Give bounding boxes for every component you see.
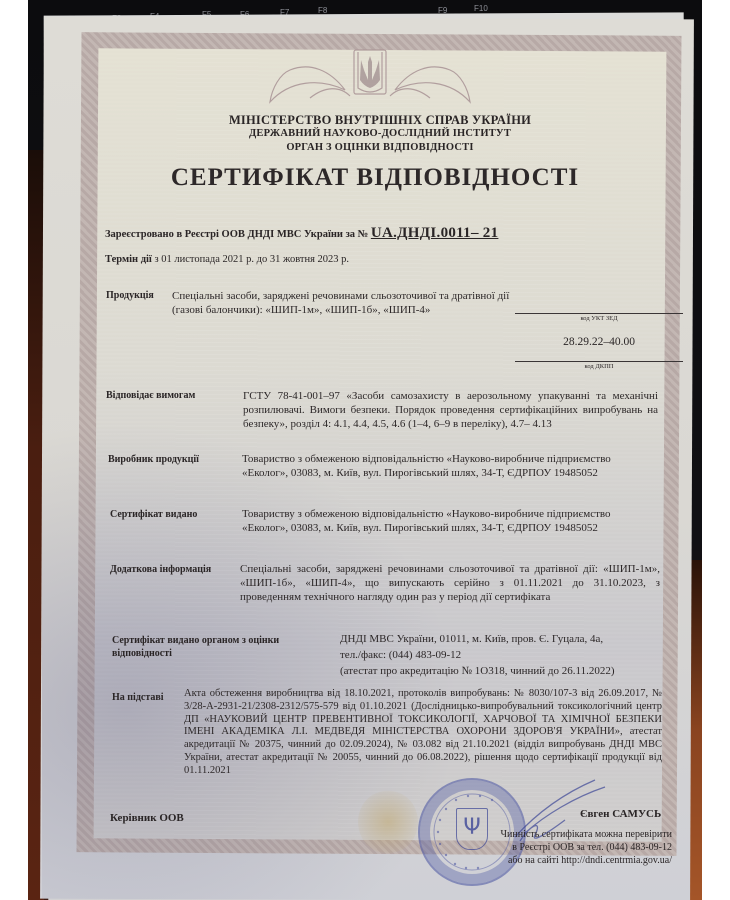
- issued-to-value: Товариству з обмеженою відповідальністю …: [242, 507, 632, 535]
- manufacturer-value: Товариство з обмеженою відповідальністю …: [242, 452, 632, 480]
- validity-label: Термін дії: [105, 254, 152, 265]
- basis-label: На підставі: [112, 692, 164, 703]
- ukt-zed-caption: код УКТ ЗЕД: [515, 315, 683, 322]
- requirements-value: ГСТУ 78-41-001–97 «Засоби самозахисту в …: [243, 389, 658, 431]
- verification-line: Чинність сертифіката можна перевірити: [440, 828, 672, 841]
- verification-site-prefix: або на сайті: [508, 855, 561, 866]
- issued-to-label: Сертифікат видано: [110, 509, 197, 520]
- basis-value: Акта обстеження виробництва від 18.10.20…: [184, 688, 662, 778]
- verification-line: в Реєстрі ООВ за тел. (044) 483-09-12: [440, 841, 672, 854]
- issuing-body-phone: тел./факс: (044) 483-09-12: [340, 647, 680, 663]
- conformity-body-heading: ОРГАН З ОЦІНКИ ВІДПОВІДНОСТІ: [150, 142, 610, 153]
- head-of-body-label: Керівник ООВ: [110, 812, 184, 824]
- dkpp-code-value: 28.29.22–40.00: [515, 336, 683, 348]
- product-label: Продукція: [106, 290, 154, 301]
- dkpp-caption: код ДКПП: [515, 363, 683, 370]
- registration-label: Зареєстровано в Реєстрі ООВ ДНДІ МВС Укр…: [105, 229, 368, 240]
- certificate-title: СЕРТИФІКАТ ВІДПОВІДНОСТІ: [140, 164, 610, 192]
- issuing-body-accreditation: (атестат про акредитацію № 1О318, чинний…: [340, 663, 680, 679]
- ukt-zed-line: [515, 313, 683, 314]
- registration-line: Зареєстровано в Реєстрі ООВ ДНДІ МВС Укр…: [105, 225, 498, 242]
- ministry-heading: МІНІСТЕРСТВО ВНУТРІШНІХ СПРАВ УКРАЇНИ: [150, 113, 610, 128]
- signatory-name: Євген САМУСЬ: [580, 808, 661, 820]
- manufacturer-label: Виробник продукції: [108, 454, 199, 465]
- dkpp-line: [515, 361, 683, 362]
- verification-note: Чинність сертифіката можна перевірити в …: [440, 828, 672, 867]
- validity-dates: з 01 листопада 2021 р. до 31 жовтня 2023…: [154, 254, 349, 265]
- requirements-label: Відповідає вимогам: [106, 390, 195, 401]
- registration-number: UA.ДНДІ.0011– 21: [371, 225, 499, 241]
- additional-info-label: Додаткова інформація: [110, 564, 211, 575]
- hologram-seal-icon: [358, 790, 418, 854]
- validity-line: Термін дії з 01 листопада 2021 р. до 31 …: [105, 254, 349, 265]
- issuing-body-address: ДНДІ МВС України, 01011, м. Київ, пров. …: [340, 631, 680, 647]
- additional-info-value: Спеціальні засоби, заряджені речовинами …: [240, 562, 660, 604]
- institute-heading: ДЕРЖАВНИЙ НАУКОВО-ДОСЛІДНИЙ ІНСТИТУТ: [150, 128, 610, 139]
- product-value: Спеціальні засоби, заряджені речовинами …: [172, 289, 512, 317]
- issuing-body-value: ДНДІ МВС України, 01011, м. Київ, пров. …: [340, 631, 680, 679]
- verification-line: або на сайті http://dndi.centrmia.gov.ua…: [440, 854, 672, 867]
- registry-website-link[interactable]: http://dndi.centrmia.gov.ua/: [561, 855, 672, 866]
- issuing-body-label: Сертифікат видано органом з оцінки відпо…: [112, 634, 282, 660]
